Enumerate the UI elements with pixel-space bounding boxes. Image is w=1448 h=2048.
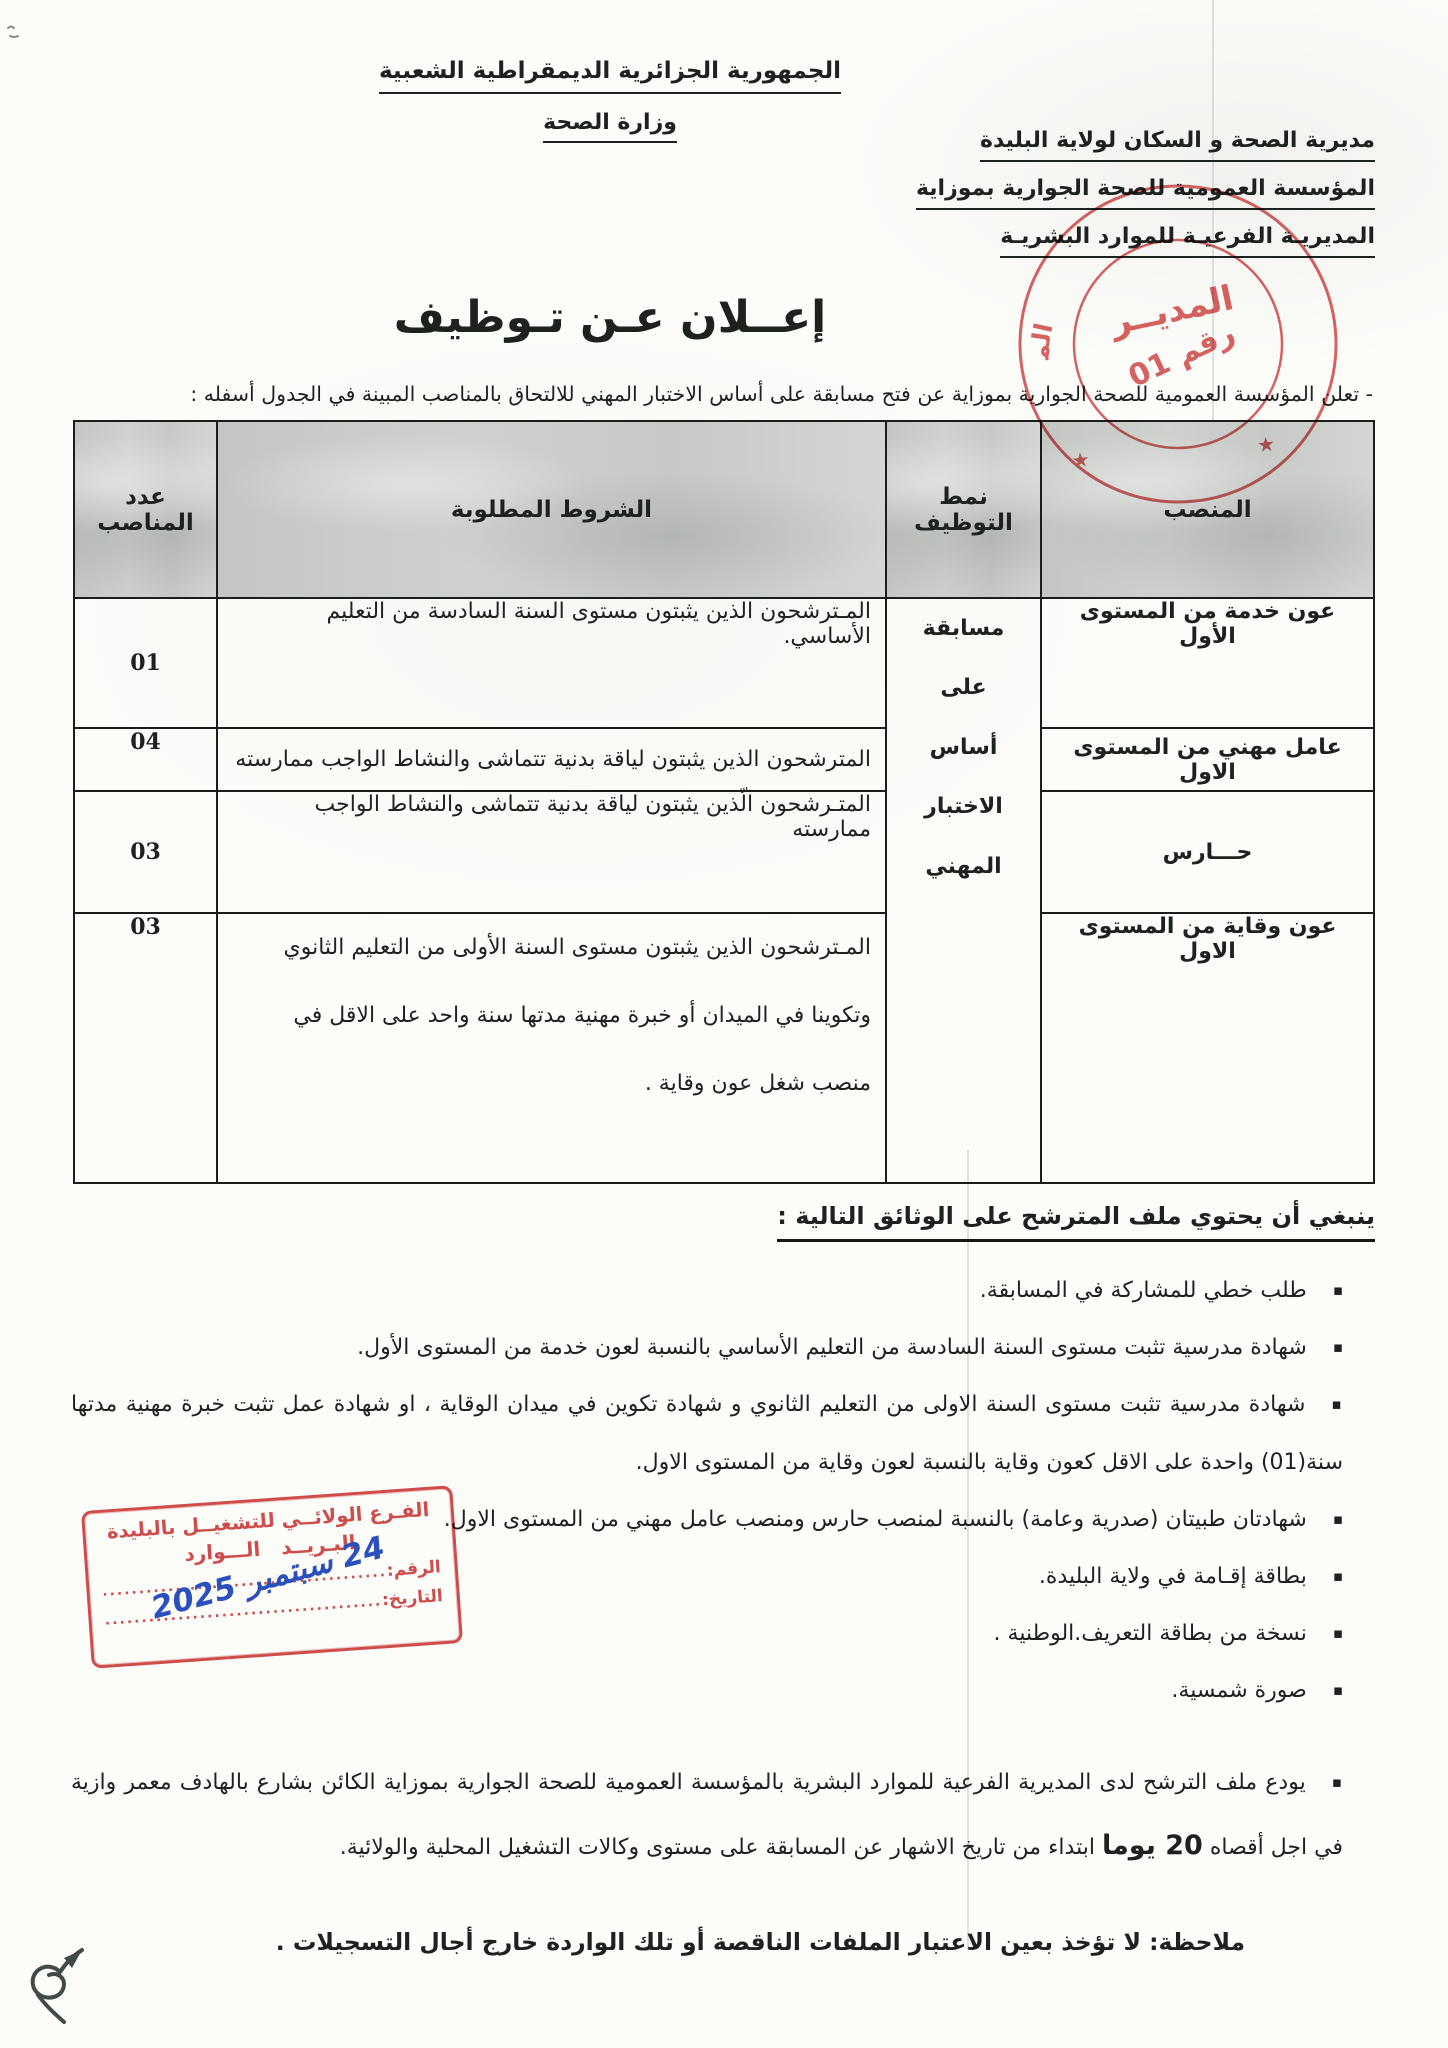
- doc-item: شهادة مدرسية تثبت مستوى السنة الاولى من …: [71, 1376, 1343, 1490]
- health-directorate-line: مديرية الصحة و السكان لولاية البليدة: [980, 128, 1375, 162]
- organization-header: مديرية الصحة و السكان لولاية البليدة الم…: [916, 128, 1375, 272]
- position-cell: حـــارس: [1041, 791, 1374, 913]
- deposit-deadline: 20 يوما: [1102, 1830, 1203, 1861]
- republic-title: الجمهورية الجزائرية الديمقراطية الشعبية: [379, 58, 841, 94]
- ministry-title: وزارة الصحة: [543, 110, 677, 143]
- header-position: المنصب: [1041, 421, 1374, 598]
- final-note: ملاحظة: لا تؤخذ بعين الاعتبار الملفات ال…: [70, 1928, 1375, 1956]
- position-cell: عون خدمة من المستوى الأول: [1041, 598, 1374, 728]
- documents-section: ينبغي أن يحتوي ملف المترشح على الوثائق ا…: [70, 1202, 1375, 1242]
- scanned-job-announcement-page: الجمهورية الجزائرية الديمقراطية الشعبية …: [0, 0, 1448, 2048]
- hr-subdirectorate-line: المديريـة الفرعيـة للموارد البشريـة: [1000, 224, 1375, 258]
- header-conditions: الشروط المطلوبة: [217, 421, 886, 598]
- note-text: ملاحظة: لا تؤخذ بعين الاعتبار الملفات ال…: [276, 1928, 1245, 1956]
- table-row: حـــارس المتـرشحون الّذين يثبتون لياقة ب…: [74, 791, 1374, 913]
- conditions-cell: المـترشحون الذين يثبتون مستوى السنة الأو…: [217, 913, 886, 1183]
- documents-heading: ينبغي أن يحتوي ملف المترشح على الوثائق ا…: [777, 1202, 1375, 1242]
- recruitment-mode-cell: مسابقة على أساس الاختبار المهني: [886, 598, 1041, 1183]
- deposit-instruction: يودع ملف الترشح لدى المديرية الفرعية للم…: [71, 1754, 1343, 1881]
- conditions-cell: المتـرشحون الّذين يثبتون لياقة بدنية تتم…: [217, 791, 886, 913]
- doc-item: طلب خطي للمشاركة في المسابقة.: [71, 1262, 1343, 1319]
- public-establishment-line: المؤسسة العمومية للصحة الجوارية بموزاية: [916, 176, 1375, 210]
- stamp-number-label: رقم 01: [1024, 269, 1340, 441]
- position-cell: عون وقاية من المستوى الاول: [1041, 913, 1374, 1183]
- header-recruitment-mode: نمط التوظيف: [886, 421, 1041, 598]
- deposit-text-end: ابتداء من تاريخ الاشهار عن المسابقة على …: [340, 1835, 1102, 1860]
- page-title: إعــلان عـن تـوظيف: [330, 292, 890, 343]
- table-row: عون خدمة من المستوى الأول مسابقة على أسا…: [74, 598, 1374, 728]
- count-cell: 01: [74, 598, 217, 728]
- positions-table: المنصب نمط التوظيف الشروط المطلوبة عدد ا…: [73, 420, 1375, 1184]
- count-cell: 03: [74, 791, 217, 913]
- intro-sentence: - تعلن المؤسسة العمومية للصحة الجوارية ب…: [68, 382, 1373, 406]
- table-header-row: المنصب نمط التوظيف الشروط المطلوبة عدد ا…: [74, 421, 1374, 598]
- header-count: عدد المناصب: [74, 421, 217, 598]
- doc-item: شهادة مدرسية تثبت مستوى السنة السادسة من…: [71, 1319, 1343, 1376]
- stamp-date-label: التاريخ:: [381, 1586, 443, 1610]
- table-row: عامل مهني من المستوى الاول المترشحون الذ…: [74, 728, 1374, 791]
- count-cell: 04: [74, 728, 217, 791]
- pen-signature-mark: [18, 1938, 102, 2034]
- pen-speck: [4, 22, 26, 46]
- conditions-cell: المترشحون الذين يثبتون لياقة بدنية تتماش…: [217, 728, 886, 791]
- national-header: الجمهورية الجزائرية الديمقراطية الشعبية …: [330, 58, 890, 143]
- conditions-cell: المـترشحون الذين يثبتون مستوى السنة السا…: [217, 598, 886, 728]
- doc-item: صورة شمسية.: [71, 1662, 1343, 1719]
- count-cell: 03: [74, 913, 217, 1183]
- position-cell: عامل مهني من المستوى الاول: [1041, 728, 1374, 791]
- stamp-director-label: المديــر: [1006, 256, 1339, 364]
- table-row: عون وقاية من المستوى الاول المـترشحون ال…: [74, 913, 1374, 1183]
